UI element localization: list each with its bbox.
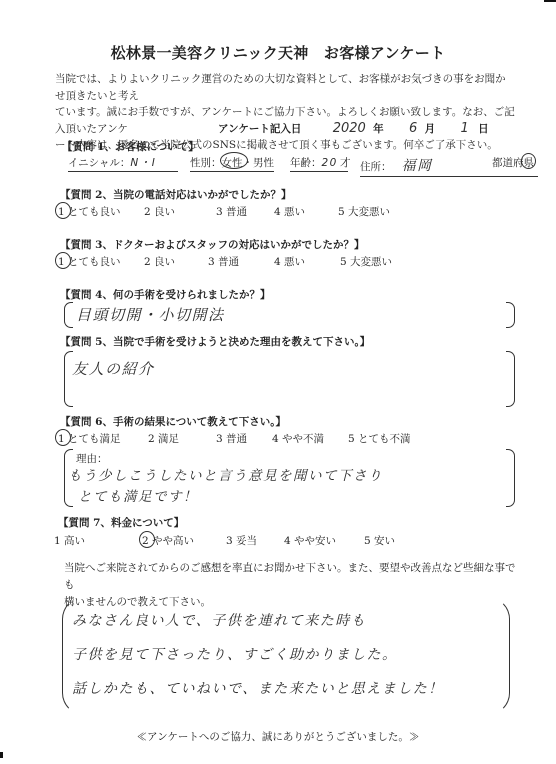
- entry-date-month[interactable]: 6: [409, 121, 417, 136]
- selection-circle: [521, 153, 536, 169]
- q7-option-4[interactable]: 4 やや安い: [284, 533, 336, 548]
- address-label: 住所：: [360, 161, 392, 173]
- q3-option-2[interactable]: 2 良い: [144, 254, 175, 269]
- q2-options: 1 とても良い 2 良い 3 普通 4 悪い 5 大変悪い: [58, 204, 528, 220]
- answer-line: 子供を見て下さったり、すごく助かりました。: [72, 638, 444, 672]
- q1-fields: イニシャル：N・I 性別：女性・男性 年齢：20 才 住所：福岡 都道府県: [68, 155, 538, 173]
- day-unit: 日: [478, 123, 489, 135]
- answer-line: みなさん良い人で、子供を連れて来た時も: [72, 604, 444, 638]
- q4-answer[interactable]: 目頭切開・小切開法: [76, 304, 225, 325]
- q3-option-3[interactable]: 3 普通: [208, 254, 239, 269]
- answer-line: とても満足です！: [68, 487, 383, 508]
- q5-heading: 【質問 5、当院で手術を受けようと決めた理由を教えて下さい。】: [60, 334, 370, 349]
- intro-line: 当院では、よりよいクリニック運営のための大切な資料として、お客様がお気づきの事を…: [55, 71, 515, 104]
- q7-option-5[interactable]: 5 安い: [364, 533, 395, 548]
- initial-value: N・I: [130, 157, 156, 169]
- prefecture-suffix: 都道府県: [492, 155, 534, 170]
- thank-you-footer: ≪アンケートへのご協力、誠にありがとうございました。≫: [0, 729, 556, 744]
- gender-label: 性別：: [190, 157, 222, 169]
- gender-field: 性別：女性・男性: [190, 155, 274, 172]
- gender-option-female[interactable]: 女性: [222, 155, 243, 170]
- q7-heading: 【質問 7、料金について】: [58, 515, 184, 530]
- q1-heading: 【質問 1、お客様について】: [62, 139, 199, 154]
- answer-bracket-right: [506, 449, 515, 507]
- answer-line: 話しかたも、ていねいで、また来たいと思えました！: [72, 672, 444, 706]
- q5-answer[interactable]: 友人の紹介: [72, 358, 155, 379]
- q3-option-5[interactable]: 5 大変悪い: [340, 254, 392, 269]
- q6-option-4[interactable]: 4 やや不満: [272, 431, 324, 446]
- q7-option-2[interactable]: 2 やや高い: [142, 533, 194, 548]
- entry-date-year[interactable]: 2020: [333, 121, 366, 136]
- scan-mark: [0, 752, 3, 758]
- q6-option-3[interactable]: 3 普通: [216, 431, 247, 446]
- q6-option-2[interactable]: 2 満足: [148, 431, 179, 446]
- answer-bracket-right: [506, 351, 515, 407]
- q3-options: 1 とても良い 2 良い 3 普通 4 悪い 5 大変悪い: [58, 254, 528, 270]
- q2-heading: 【質問 2、当院の電話対応はいかがでしたか？】: [60, 187, 291, 202]
- q2-option-4[interactable]: 4 悪い: [274, 204, 305, 219]
- selection-circle: [220, 152, 248, 169]
- q6-option-5[interactable]: 5 とても不満: [348, 431, 411, 446]
- q7-option-3[interactable]: 3 妥当: [226, 533, 257, 548]
- answer-bracket-right: [506, 302, 515, 328]
- address-value: 福岡: [402, 158, 433, 174]
- initial-label: イニシャル：: [68, 157, 130, 169]
- q6-option-1[interactable]: 1 とても満足: [58, 431, 121, 446]
- answer-line: もう少しこうしたいと言う意見を聞いて下さり: [68, 466, 383, 487]
- q3-option-1[interactable]: 1 とても良い: [58, 254, 121, 269]
- answer-bracket-left: [64, 302, 73, 328]
- q6-options: 1 とても満足 2 満足 3 普通 4 やや不満 5 とても不満: [58, 431, 528, 447]
- survey-title: 松林景一美容クリニック天神 お客様アンケート: [0, 42, 556, 63]
- month-unit: 月: [425, 123, 436, 135]
- q3-option-4[interactable]: 4 悪い: [274, 254, 305, 269]
- q6-reason-label: 理由：: [76, 451, 108, 466]
- q6-reason-answer[interactable]: もう少しこうしたいと言う意見を聞いて下さり とても満足です！: [68, 466, 383, 508]
- entry-date-day[interactable]: 1: [460, 121, 468, 136]
- initial-field[interactable]: イニシャル：N・I: [68, 155, 178, 172]
- scan-mark: [544, 0, 556, 2]
- q6-heading: 【質問 6、手術の結果について教えて下さい。】: [60, 414, 286, 429]
- age-label: 年齢：: [290, 157, 322, 169]
- prompt-line: 当院へご来院されてからのご感想を率直にお聞かせ下さい。また、要望や改善点など些細…: [64, 560, 524, 594]
- q2-option-5[interactable]: 5 大変悪い: [338, 204, 390, 219]
- year-unit: 年: [373, 123, 384, 135]
- q2-option-1[interactable]: 1 とても良い: [58, 204, 121, 219]
- entry-date-row: アンケート記入日 2020 年 6 月 1 日: [218, 121, 489, 136]
- q7-options: 1 高い 2 やや高い 3 妥当 4 やや安い 5 安い: [54, 533, 524, 549]
- q7-option-1[interactable]: 1 高い: [54, 533, 85, 548]
- q2-option-3[interactable]: 3 普通: [216, 204, 247, 219]
- entry-date-label: アンケート記入日: [218, 123, 301, 135]
- q4-heading: 【質問 4、何の手術を受けられましたか？】: [60, 287, 270, 302]
- age-unit: 才: [340, 155, 351, 170]
- comments-answer[interactable]: みなさん良い人で、子供を連れて来た時も 子供を見て下さったり、すごく助かりました…: [72, 604, 444, 706]
- age-value: 20: [322, 157, 338, 169]
- gender-option-male[interactable]: 男性: [253, 157, 274, 169]
- q2-option-2[interactable]: 2 良い: [144, 204, 175, 219]
- q3-heading: 【質問 3、ドクターおよびスタッフの対応はいかがでしたか？】: [60, 237, 365, 252]
